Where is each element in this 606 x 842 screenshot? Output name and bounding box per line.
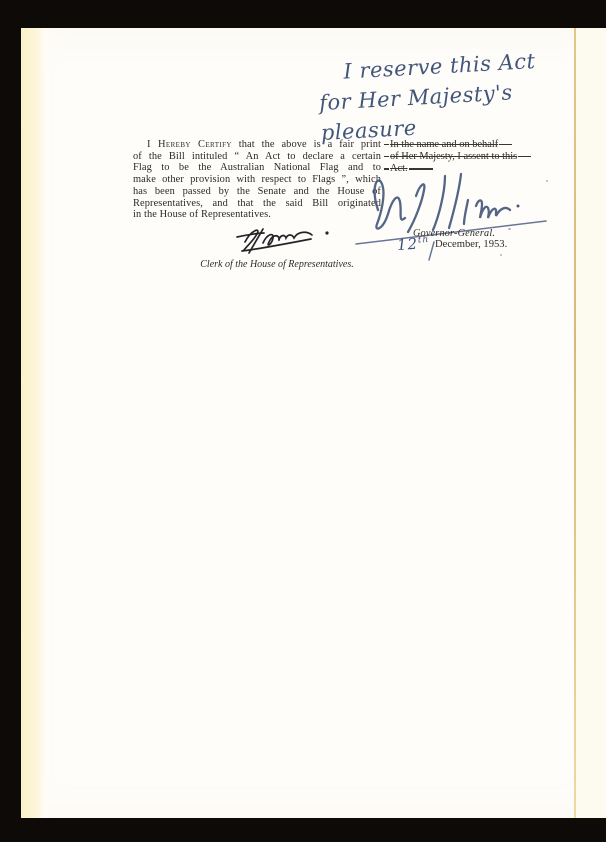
clerk-title: Clerk of the House of Representatives. xyxy=(167,259,387,270)
date-handwritten: 12th xyxy=(396,234,430,254)
ink-speck xyxy=(546,180,548,182)
certify-line-1-rest: that the above is a fair print xyxy=(239,139,381,150)
certify-line: Flag to be the Australian National Flag … xyxy=(133,162,381,174)
struck-line: Act. xyxy=(383,163,555,175)
struck-line: In the name and on behalf xyxy=(383,139,555,151)
certify-line: make other provision with respect to Fla… xyxy=(133,174,381,186)
date-day: 12 xyxy=(396,235,418,254)
ink-speck xyxy=(500,254,502,256)
ink-speck xyxy=(508,228,511,230)
certify-line: Representatives, and that the said Bill … xyxy=(133,198,381,210)
underlying-page-sliver xyxy=(576,28,606,818)
date-suffix: th xyxy=(418,235,430,246)
paper-left-edge xyxy=(21,28,47,818)
certify-lead-smallcaps: I Hereby Certify xyxy=(147,139,232,150)
struck-line-text: of Her Majesty, I assent to this xyxy=(390,151,517,162)
assent-struck-text: In the name and on behalf of Her Majesty… xyxy=(383,139,555,176)
clerk-signature xyxy=(211,222,339,262)
struck-line: of Her Majesty, I assent to this xyxy=(383,151,555,163)
photo-frame: I reserve this Act for Her Majesty's ple… xyxy=(0,0,606,842)
certification-paragraph: I Hereby Certify that the above is a fai… xyxy=(133,139,381,221)
certify-line: I Hereby Certify that the above is a fai… xyxy=(133,139,381,151)
certify-line: in the House of Representatives. xyxy=(133,209,381,221)
certify-line: of the Bill intituled “ An Act to declar… xyxy=(133,151,381,163)
struck-line-text: Act. xyxy=(390,163,408,174)
handwritten-reservation-note: I reserve this Act for Her Majesty's ple… xyxy=(317,42,606,148)
certify-line: has been passed by the Senate and the Ho… xyxy=(133,186,381,198)
struck-line-text: In the name and on behalf xyxy=(390,139,498,150)
date-printed: December, 1953. xyxy=(435,239,507,250)
document-page: I reserve this Act for Her Majesty's ple… xyxy=(21,28,606,818)
